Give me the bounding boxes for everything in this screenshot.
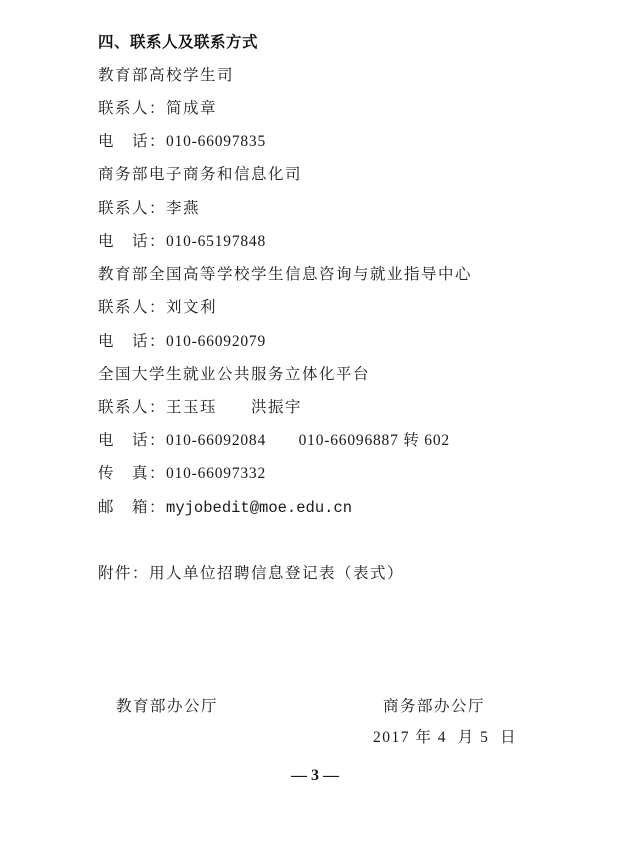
attachment-note: 附件：用人单位招聘信息登记表（表式） [98,563,404,583]
phone-label: 电 话： [98,431,166,449]
contact-line: 联系人：刘文利 [98,297,217,317]
signature-left: 教育部办公厅 [116,696,218,716]
contact-name: 简成章 [166,99,217,117]
contact-name: 李燕 [166,199,200,217]
phone-number: 010-66097835 [166,133,266,150]
phone-label: 电 话： [98,232,166,250]
contact-label: 联系人： [98,298,166,316]
org-name: 教育部全国高等学校学生信息咨询与就业指导中心 [98,264,472,284]
phone-number: 010-66092079 [166,333,266,350]
fax-line: 传 真：010-66097332 [98,463,266,484]
org-name: 全国大学生就业公共服务立体化平台 [98,364,370,384]
phone-line: 电 话：010-66097835 [98,131,266,152]
phone-line: 电 话：010-66092084 010-66096887 转 602 [98,430,450,451]
phone-label: 电 话： [98,132,166,150]
contact-line: 联系人：王玉珏 洪振宇 [98,397,302,417]
phone-number: 010-66092084 010-66096887 转 602 [166,432,450,449]
phone-line: 电 话：010-65197848 [98,231,266,252]
page-number: — 3 — [0,766,630,786]
contact-line: 联系人：简成章 [98,98,217,118]
contact-name: 刘文利 [166,298,217,316]
email-address: myjobedit@moe.edu.cn [166,499,352,517]
contact-label: 联系人： [98,398,166,416]
signature-date: 2017 年 4 月 5 日 [373,728,517,748]
contact-label: 联系人： [98,199,166,217]
signature-right: 商务部办公厅 [383,696,485,716]
contact-line: 联系人：李燕 [98,198,200,218]
contact-label: 联系人： [98,99,166,117]
fax-number: 010-66097332 [166,465,266,482]
section-heading: 四、联系人及联系方式 [98,32,258,52]
email-label: 邮 箱： [98,498,166,516]
fax-label: 传 真： [98,464,166,482]
org-name: 商务部电子商务和信息化司 [98,164,302,184]
phone-label: 电 话： [98,332,166,350]
phone-line: 电 话：010-66092079 [98,331,266,352]
email-line: 邮 箱：myjobedit@moe.edu.cn [98,497,352,518]
phone-number: 010-65197848 [166,233,266,250]
contact-name: 王玉珏 洪振宇 [166,398,302,416]
org-name: 教育部高校学生司 [98,65,234,85]
